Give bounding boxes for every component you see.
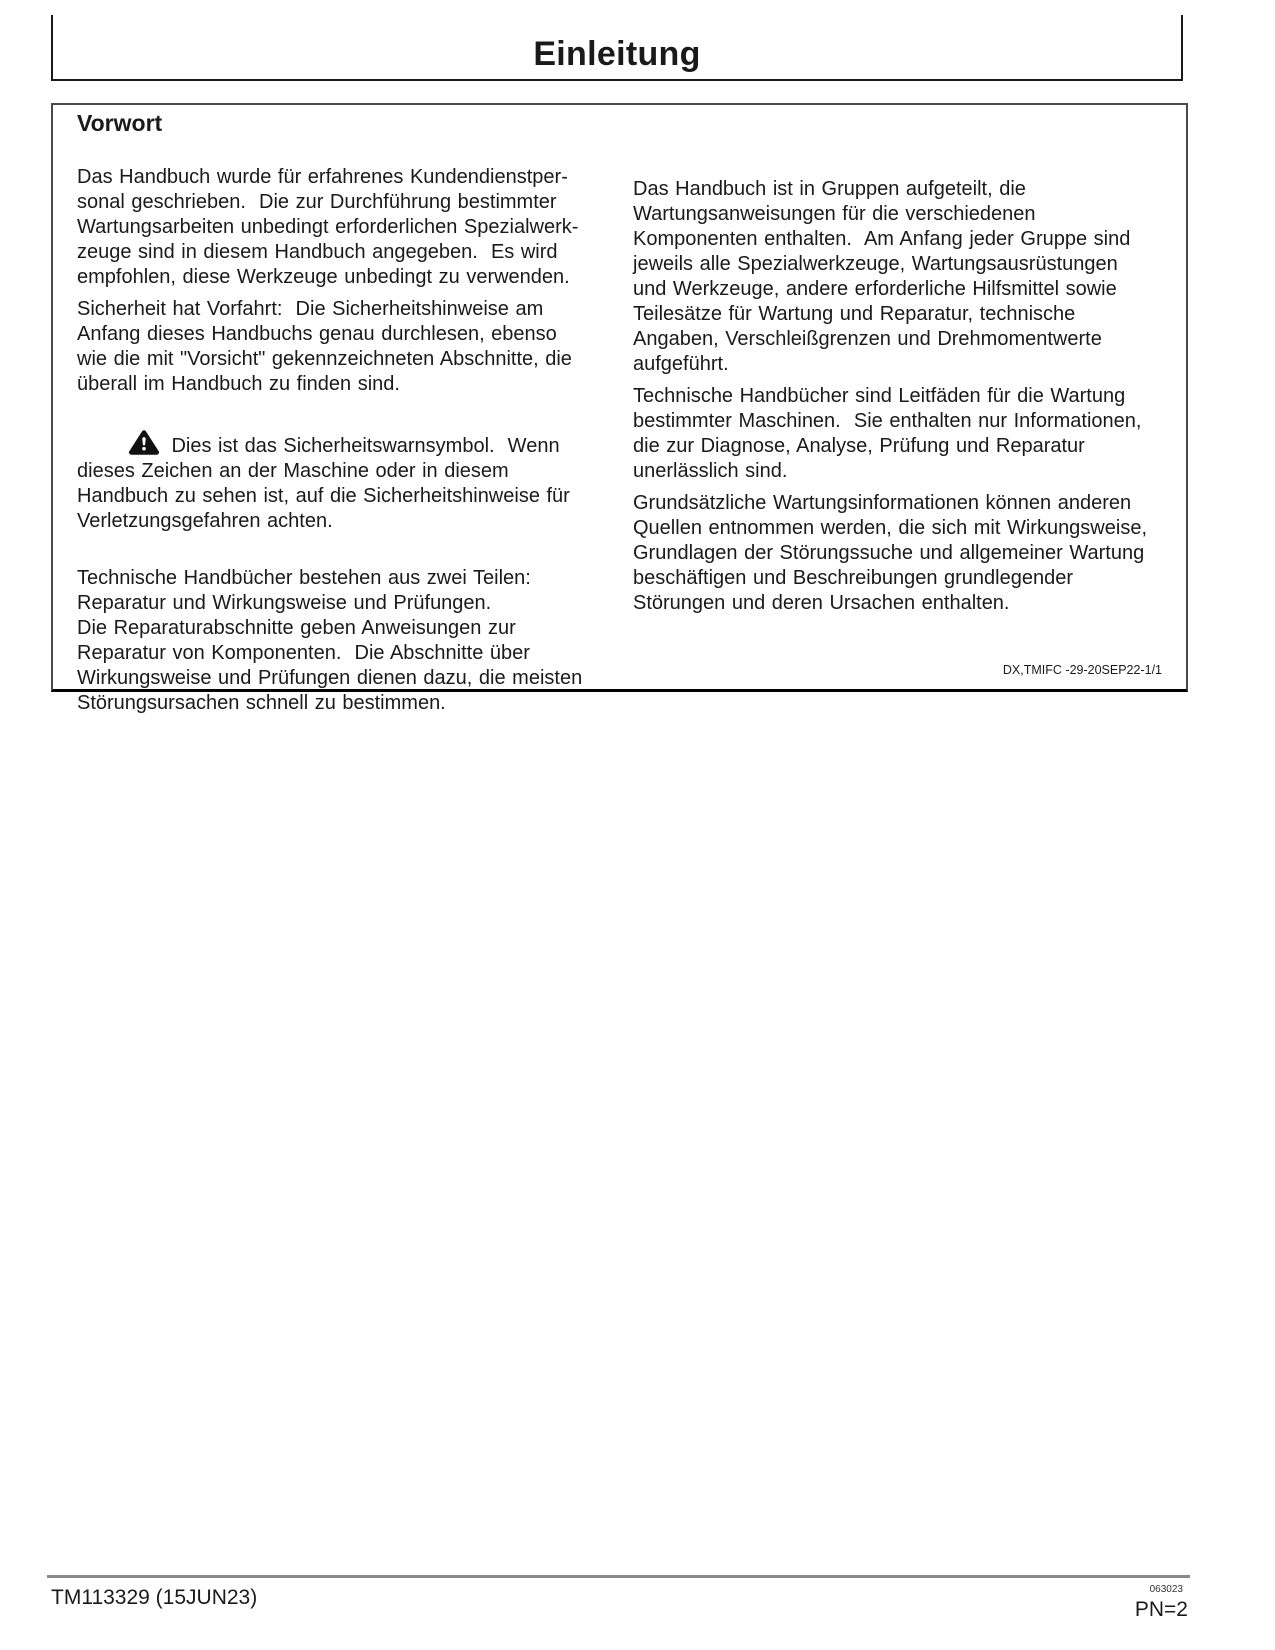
paragraph: Technische Handbücher bestehen aus zwei … <box>77 566 607 716</box>
paragraph-with-warning: Dies ist das Sicherheitswarnsymbol. Wenn… <box>77 404 607 559</box>
paragraph: Technische Handbücher sind Leitfäden für… <box>633 384 1163 484</box>
paragraph: Das Handbuch ist in Gruppen aufgeteilt, … <box>633 177 1163 377</box>
print-code: 063023 <box>1150 1584 1183 1595</box>
left-column: Das Handbuch wurde für erfahrenes Kunden… <box>77 165 607 723</box>
manual-page: Einleitung Vorwort Das Handbuch wurde fü… <box>0 0 1275 1650</box>
section-heading: Vorwort <box>77 111 162 136</box>
reference-code: DX,TMIFC -29-20SEP22-1/1 <box>1003 663 1162 677</box>
right-column: Das Handbuch ist in Gruppen aufgeteilt, … <box>633 177 1163 623</box>
page-header-box: Einleitung <box>51 15 1183 81</box>
paragraph: Sicherheit hat Vorfahrt: Die Sicherheits… <box>77 297 607 397</box>
safety-alert-triangle-icon <box>129 429 159 456</box>
page-title: Einleitung <box>533 37 700 79</box>
footer-rule <box>47 1575 1190 1578</box>
page-number: PN=2 <box>1135 1598 1188 1622</box>
content-box: Vorwort Das Handbuch wurde für erfahrene… <box>51 103 1188 692</box>
document-number: TM113329 (15JUN23) <box>51 1586 257 1610</box>
paragraph: Das Handbuch wurde für erfahrenes Kunden… <box>77 165 607 290</box>
paragraph: Grundsätzliche Wartungsinformationen kön… <box>633 491 1163 616</box>
